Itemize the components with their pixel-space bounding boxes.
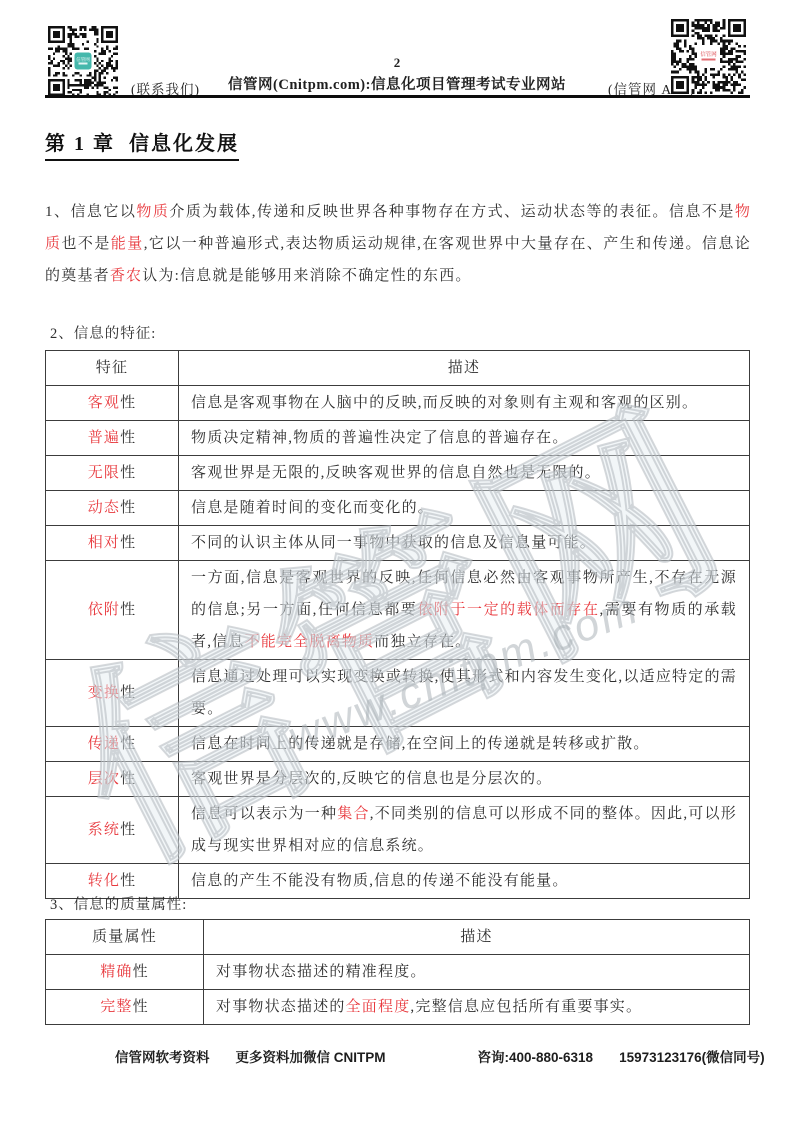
table-row-dongtai: 动态性 信息是随着时间的变化而变化的。 xyxy=(46,490,749,525)
table-row-jingque: 精确性 对事物状态描述的精准程度。 xyxy=(46,954,749,989)
quality-name-cell: 完整性 xyxy=(46,990,203,1024)
intro-paragraph: 1、信息它以物质介质为载体,传递和反映世界各种事物存在方式、运动状态等的表征。信… xyxy=(45,196,751,292)
svg-text:信管网: 信管网 xyxy=(700,50,717,58)
feature-desc-cell: 一方面,信息是客观世界的反映,任何信息必然由客观事物所产生,不存在无源的信息;另… xyxy=(178,561,749,659)
app-qr-code: 信管网 xyxy=(671,19,746,94)
feature-name-cell: 传递性 xyxy=(46,727,178,761)
quality-table: 质量属性 描述 精确性 对事物状态描述的精准程度。 完整性 对事物状态描述的全面… xyxy=(45,919,750,1025)
footer: 信管网软考资料 更多资料加微信 CNITPM 咨询:400-880-6318 1… xyxy=(115,1046,765,1066)
footer-wechat: 更多资料加微信 CNITPM xyxy=(236,1046,386,1066)
table-row-chuandi: 传递性 信息在时间上的传递就是存储,在空间上的传递就是转移或扩散。 xyxy=(46,726,749,761)
footer-hotline: 咨询:400-880-6318 xyxy=(478,1046,594,1066)
quality-col-header-name: 质量属性 xyxy=(46,920,203,954)
footer-brand: 信管网软考资料 xyxy=(115,1046,210,1066)
table-row-cengci: 层次性 客观世界是分层次的,反映它的信息也是分层次的。 xyxy=(46,761,749,796)
feature-desc-cell: 客观世界是无限的,反映客观世界的信息自然也是无限的。 xyxy=(178,456,749,490)
quality-desc-cell: 对事物状态描述的全面程度,完整信息应包括所有重要事实。 xyxy=(203,990,749,1024)
table-row-xitong: 系统性 信息可以表示为一种集合,不同类别的信息可以形成不同的整体。因此,可以形成… xyxy=(46,796,749,863)
quality-col-header-desc: 描述 xyxy=(203,920,749,954)
features-table: 特征 描述 客观性 信息是客观事物在人脑中的反映,而反映的对象则有主观和客观的区… xyxy=(45,350,750,899)
footer-phone: 15973123176(微信同号) xyxy=(619,1046,765,1066)
feature-name-cell: 无限性 xyxy=(46,456,178,490)
features-col-header-name: 特征 xyxy=(46,351,178,385)
table-row-xiangdui: 相对性 不同的认识主体从同一事物中获取的信息及信息量可能。 xyxy=(46,525,749,560)
feature-desc-cell: 信息的产生不能没有物质,信息的传递不能没有能量。 xyxy=(178,864,749,898)
feature-name-cell: 普遍性 xyxy=(46,421,178,455)
feature-desc-cell: 物质决定精神,物质的普遍性决定了信息的普遍存在。 xyxy=(178,421,749,455)
features-col-header-desc: 描述 xyxy=(178,351,749,385)
table-row-wanzheng: 完整性 对事物状态描述的全面程度,完整信息应包括所有重要事实。 xyxy=(46,989,749,1024)
table-row-pubian: 普遍性 物质决定精神,物质的普遍性决定了信息的普遍存在。 xyxy=(46,420,749,455)
feature-name-cell: 相对性 xyxy=(46,526,178,560)
header-divider-line xyxy=(45,95,750,98)
feature-desc-cell: 信息是随着时间的变化而变化的。 xyxy=(178,491,749,525)
feature-name-cell: 动态性 xyxy=(46,491,178,525)
feature-name-cell: 系统性 xyxy=(46,797,178,863)
feature-desc-cell: 不同的认识主体从同一事物中获取的信息及信息量可能。 xyxy=(178,526,749,560)
feature-name-cell: 变换性 xyxy=(46,660,178,726)
quality-header-row: 质量属性 描述 xyxy=(46,920,749,954)
feature-desc-cell: 信息是客观事物在人脑中的反映,而反映的对象则有主观和客观的区别。 xyxy=(178,386,749,420)
chapter-title: 第 1 章 信息化发展 xyxy=(45,127,239,161)
section-features-label: 2、信息的特征: xyxy=(50,322,156,343)
table-row-bianhuan: 变换性 信息通过处理可以实现变换或转换,使其形式和内容发生变化,以适应特定的需要… xyxy=(46,659,749,726)
section-quality-label: 3、信息的质量属性: xyxy=(50,893,187,914)
quality-name-cell: 精确性 xyxy=(46,955,203,989)
table-row-wuxian: 无限性 客观世界是无限的,反映客观世界的信息自然也是无限的。 xyxy=(46,455,749,490)
table-row-yifu: 依附性 一方面,信息是客观世界的反映,任何信息必然由客观事物所产生,不存在无源的… xyxy=(46,560,749,659)
feature-name-cell: 依附性 xyxy=(46,561,178,659)
feature-desc-cell: 信息在时间上的传递就是存储,在空间上的传递就是转移或扩散。 xyxy=(178,727,749,761)
quality-desc-cell: 对事物状态描述的精准程度。 xyxy=(203,955,749,989)
feature-name-cell: 客观性 xyxy=(46,386,178,420)
feature-desc-cell: 客观世界是分层次的,反映它的信息也是分层次的。 xyxy=(178,762,749,796)
features-header-row: 特征 描述 xyxy=(46,351,749,385)
feature-desc-cell: 信息通过处理可以实现变换或转换,使其形式和内容发生变化,以适应特定的需要。 xyxy=(178,660,749,726)
feature-name-cell: 层次性 xyxy=(46,762,178,796)
table-row-keguan: 客观性 信息是客观事物在人脑中的反映,而反映的对象则有主观和客观的区别。 xyxy=(46,385,749,420)
feature-desc-cell: 信息可以表示为一种集合,不同类别的信息可以形成不同的整体。因此,可以形成与现实世… xyxy=(178,797,749,863)
